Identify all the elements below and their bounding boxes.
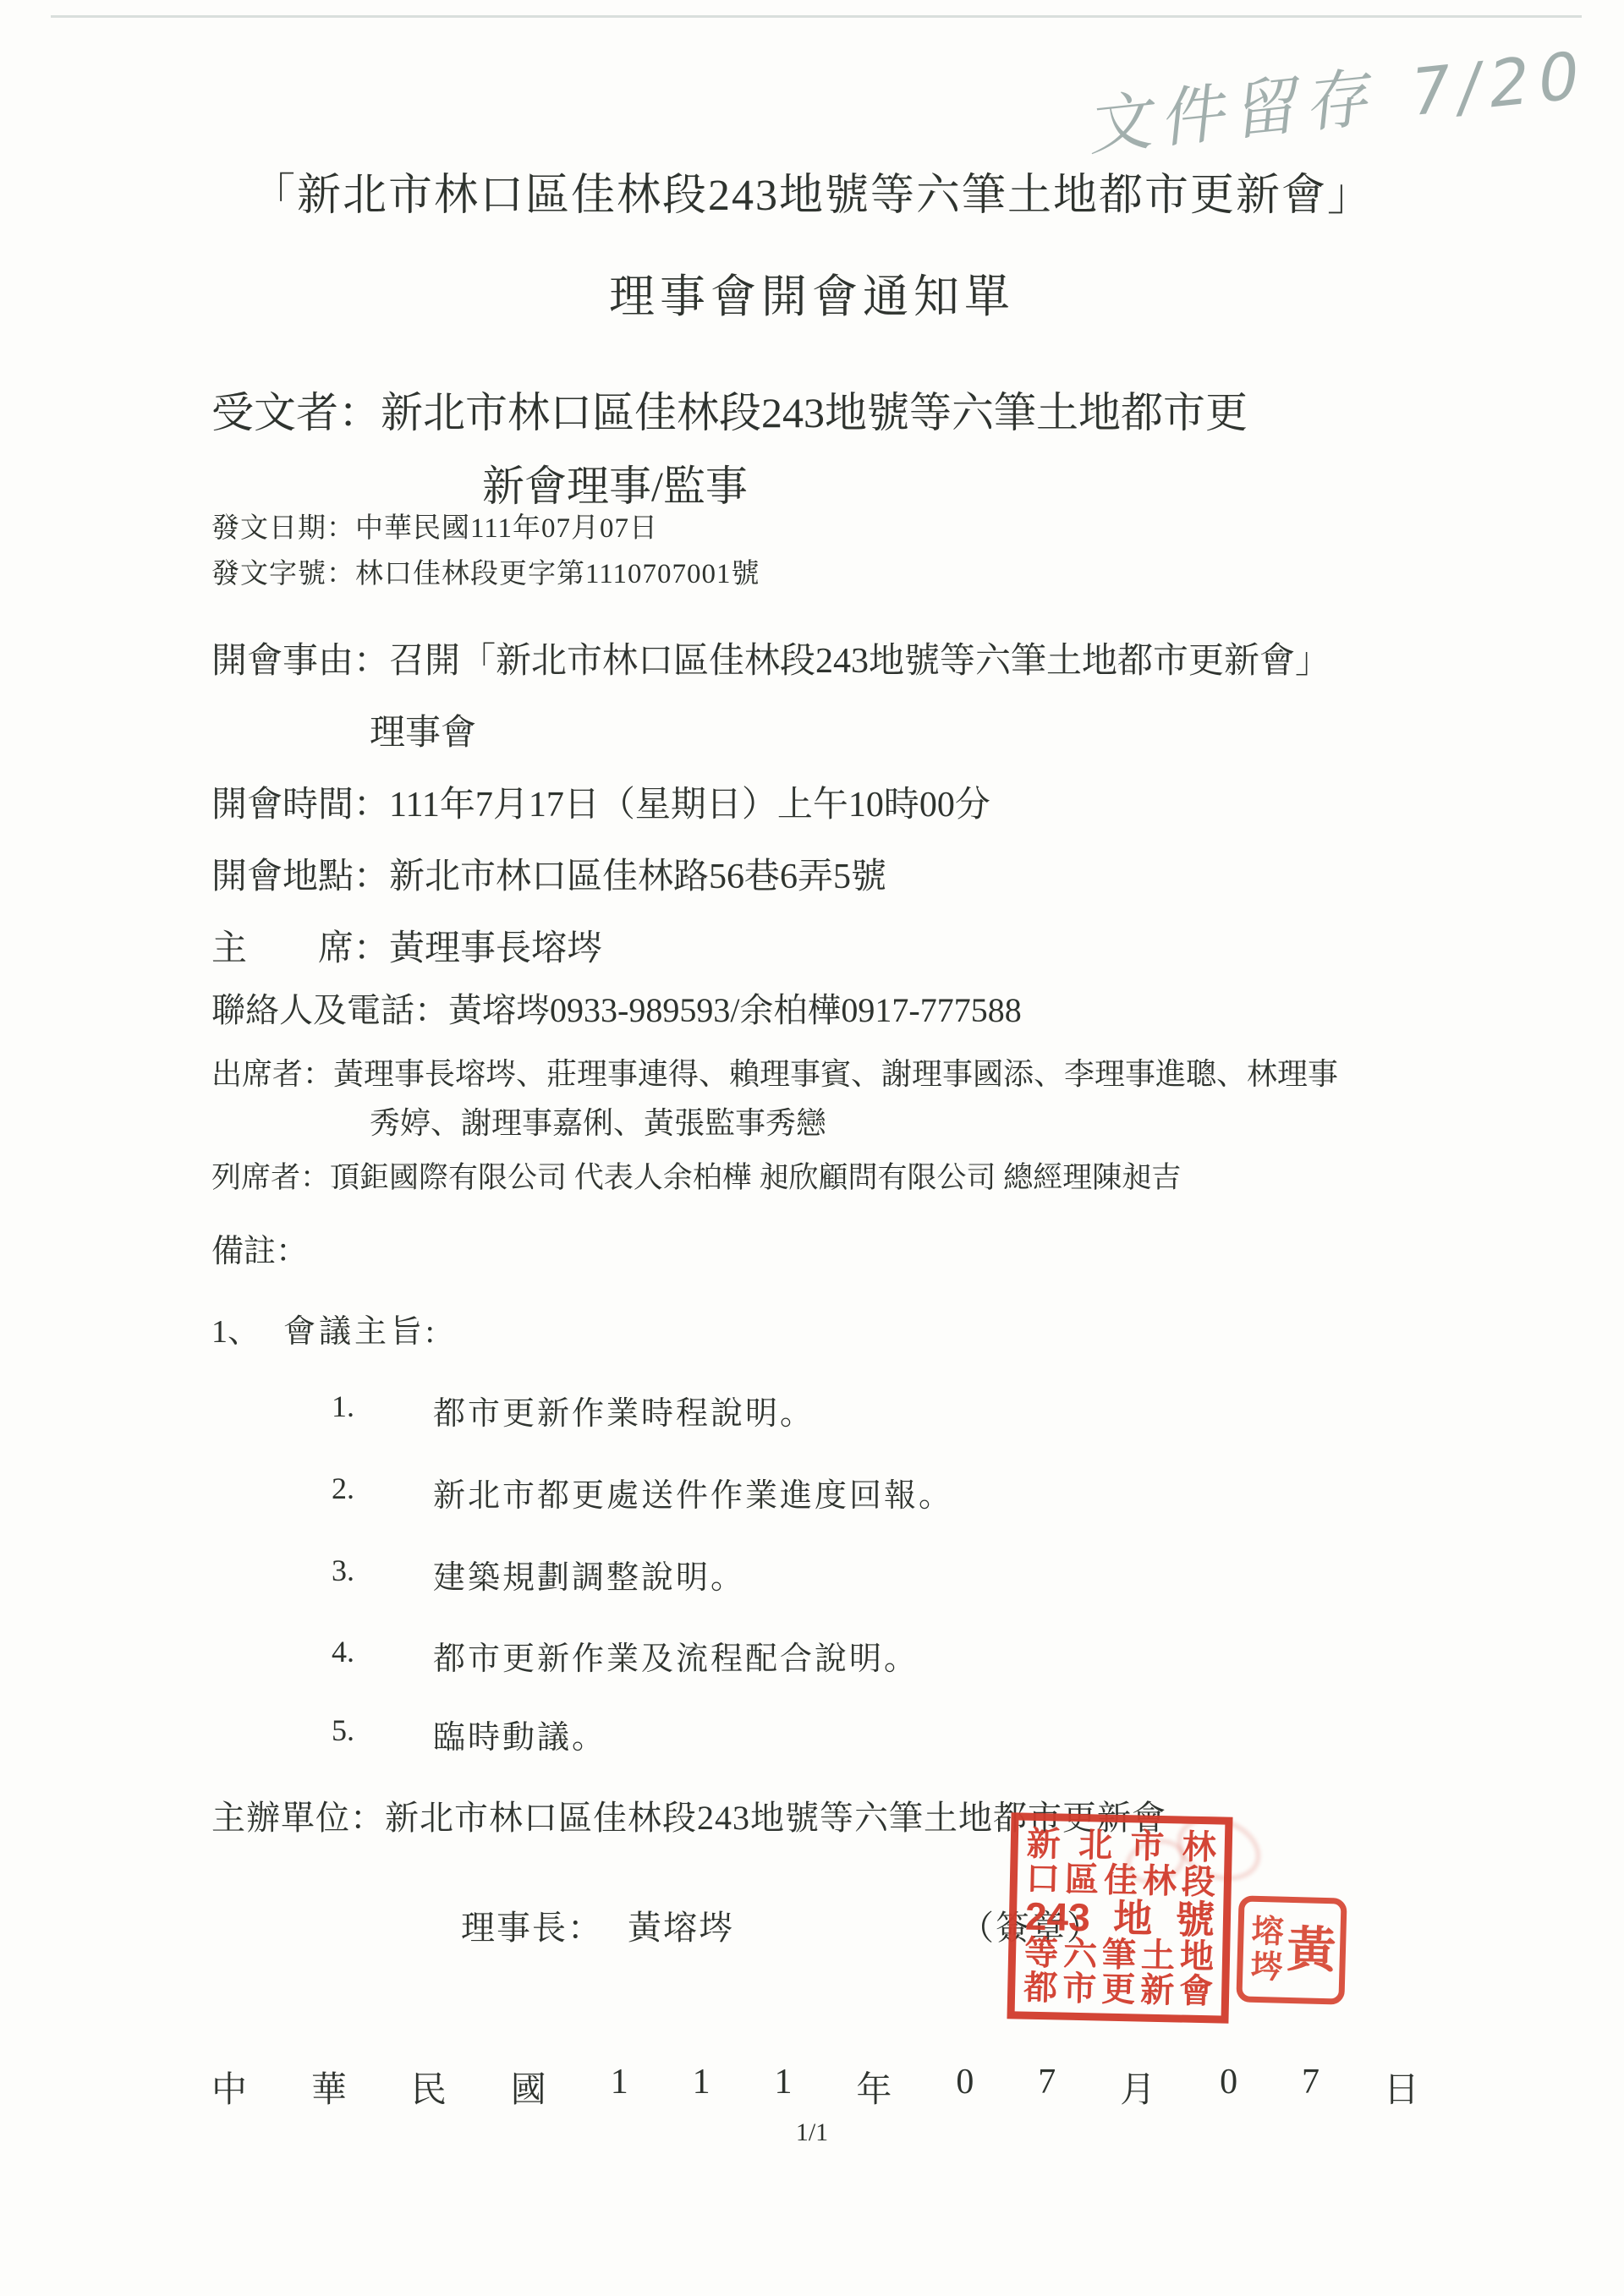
meeting-subject-line1: 開會事由：召開「新北市林口區佳林段243地號等六筆土地都市更新會」 bbox=[211, 633, 1330, 683]
observers-line: 列席者：頂鉅國際有限公司 代表人余柏樺 昶欣顧問有限公司 總經理陳昶吉 bbox=[211, 1154, 1181, 1197]
meeting-time: 開會時間：111年7月17日（星期日）上午10時00分 bbox=[211, 776, 990, 827]
organization-stamp-row: 都市更新會 bbox=[1023, 1971, 1214, 2009]
document-title-line1: 「新北市林口區佳林段243地號等六筆土地都市更新會」 bbox=[0, 159, 1624, 222]
footer-date-char: 1 bbox=[693, 2062, 710, 2112]
agenda-item-text: 都市更新作業時程說明。 bbox=[433, 1387, 815, 1433]
agenda-item-text: 臨時動議。 bbox=[433, 1711, 606, 1757]
chairman-name: 黃塎埁 bbox=[628, 1901, 734, 1949]
organization-stamp-row: 243地號 bbox=[1025, 1897, 1215, 1940]
agenda-item-number: 4. bbox=[332, 1634, 354, 1669]
agenda-item-number: 1. bbox=[332, 1389, 354, 1424]
footer-date-char: 1 bbox=[611, 2062, 628, 2112]
footer-date-char: 0 bbox=[1220, 2062, 1237, 2112]
footer-date-char: 1 bbox=[775, 2062, 793, 2112]
agenda-item-text: 都市更新作業及流程配合說明。 bbox=[433, 1632, 919, 1679]
footer-date-char: 0 bbox=[956, 2062, 974, 2112]
meeting-subject-line2: 理事會 bbox=[370, 704, 476, 755]
chairperson-line: 主 席：黃理事長塎埁 bbox=[211, 920, 602, 971]
attendees-line2: 秀婷、謝理事嘉俐、黃張監事秀戀 bbox=[370, 1099, 826, 1143]
footer-date: 中 華 民 國 1 1 1 年 0 7 月 0 7 日 bbox=[211, 2062, 1419, 2112]
footer-date-char: 7 bbox=[1038, 2062, 1056, 2112]
chairman-label: 理事長： bbox=[461, 1901, 603, 1949]
agenda-item-number: 2. bbox=[332, 1471, 354, 1506]
recipient-line2: 新會理事/監事 bbox=[482, 452, 748, 513]
recipient-line1: 受文者：新北市林口區佳林段243地號等六筆土地都市更 bbox=[211, 379, 1248, 440]
agenda-item-text: 新北市都更處送件作業進度回報。 bbox=[433, 1469, 953, 1515]
document-title-line2: 理事會開會通知單 bbox=[0, 260, 1624, 326]
remarks-label: 備註： bbox=[211, 1225, 308, 1271]
personal-stamp-surname: 黃 bbox=[1287, 1926, 1337, 1975]
handwritten-note: 文件留存 7/20 bbox=[1088, 22, 1593, 167]
footer-date-char: 7 bbox=[1302, 2062, 1319, 2112]
agenda-item-number: 3. bbox=[332, 1553, 354, 1588]
agenda-heading-number: 1、 bbox=[211, 1305, 260, 1351]
issue-number: 發文字號：林口佳林段更字第1110707001號 bbox=[211, 551, 760, 591]
personal-name-stamp: 黃 塎埁 bbox=[1236, 1895, 1347, 2004]
organization-stamp-row: 等六筆土地 bbox=[1024, 1937, 1215, 1975]
page-number: 1/1 bbox=[0, 2118, 1624, 2147]
agenda-item-text: 建築規劃調整說明。 bbox=[433, 1551, 745, 1597]
footer-date-char: 國 bbox=[511, 2062, 546, 2112]
agenda-heading: 會議主旨: bbox=[283, 1305, 438, 1351]
agenda-item-number: 5. bbox=[332, 1712, 354, 1748]
footer-date-char: 年 bbox=[856, 2062, 892, 2112]
footer-date-char: 日 bbox=[1384, 2062, 1419, 2112]
issue-date: 發文日期：中華民國111年07月07日 bbox=[211, 506, 658, 545]
scanned-meeting-notice: 文件留存 7/20 「新北市林口區佳林段243地號等六筆土地都市更新會」 理事會… bbox=[0, 0, 1624, 2296]
meeting-place: 開會地點：新北市林口區佳林路56巷6弄5號 bbox=[211, 848, 886, 899]
scan-artifact-line bbox=[51, 15, 1582, 18]
footer-date-char: 中 bbox=[211, 2062, 247, 2112]
personal-stamp-given-name: 塎埁 bbox=[1246, 1914, 1280, 1986]
footer-date-char: 民 bbox=[411, 2062, 447, 2112]
contact-line: 聯絡人及電話：黃塎埁0933-989593/余柏樺0917-777588 bbox=[211, 984, 1022, 1032]
attendees-line1: 出席者：黃理事長塎埁、莊理事連得、賴理事賓、謝理事國添、李理事進聰、林理事 bbox=[211, 1050, 1338, 1093]
footer-date-char: 華 bbox=[311, 2062, 347, 2112]
footer-date-char: 月 bbox=[1120, 2062, 1155, 2112]
